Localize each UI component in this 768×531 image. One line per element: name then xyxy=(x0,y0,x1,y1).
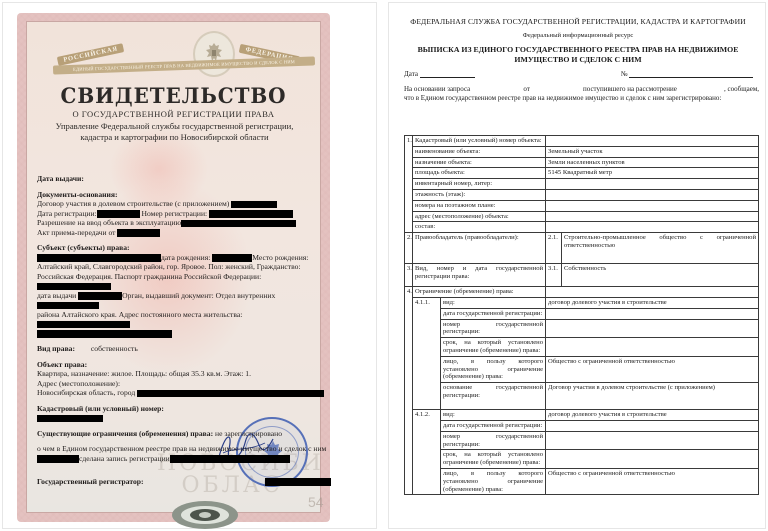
intro-paragraph: На основании запроса от поступившего на … xyxy=(404,85,759,102)
coat-of-arms-icon xyxy=(193,31,235,77)
row-label: лицо, в пользу которого установлено огра… xyxy=(441,356,546,382)
table-row: срок, на который установлено ограничение… xyxy=(405,450,759,469)
intro-text: , сообщаем, xyxy=(724,85,759,94)
certificate-body: Дата выдачи: Документы-основания: Догово… xyxy=(37,174,327,487)
redaction xyxy=(37,330,172,338)
right-type-value: собственность xyxy=(91,344,138,353)
subject-label: Субъект (субъекты) права: xyxy=(37,243,327,253)
rosette-ornament-icon xyxy=(170,499,240,531)
date-field: Дата xyxy=(404,70,475,78)
right-type-row: Вид права: собственность xyxy=(37,344,327,354)
subject-section: Субъект (субъекты) права: дата рождения:… xyxy=(37,243,327,338)
row-value xyxy=(546,319,759,338)
table-row: назначение объекта:Земли населенных пунк… xyxy=(405,157,759,168)
right-type-label: Вид права: xyxy=(37,344,75,353)
redaction xyxy=(117,229,160,237)
row-label: Кадастровый (или условный) номер объекта… xyxy=(413,136,546,147)
row-label: номера на поэтажном плане: xyxy=(413,200,546,211)
table-row: этажность (этаж): xyxy=(405,189,759,200)
table-row: состав: xyxy=(405,222,759,233)
date-label: Дата xyxy=(404,70,418,78)
row-label: дата государственной регистрации: xyxy=(441,308,546,319)
table-row: 4.Ограничение (обременение) права: xyxy=(405,287,759,298)
registrar-label: Государственный регистратор: xyxy=(37,477,144,486)
certificate-title: СВИДЕТЕЛЬСТВО xyxy=(25,83,322,108)
restrictions-label: Существующие ограничения (обременения) п… xyxy=(37,429,213,438)
resource-heading: Федеральный информационный ресурс xyxy=(389,32,767,39)
section-number: 3. xyxy=(405,264,413,287)
redaction xyxy=(37,302,99,310)
table-row: лицо, в пользу которого установлено огра… xyxy=(405,356,759,382)
contract-text: Договор участия в долевом строительстве … xyxy=(37,199,229,208)
row-value: Общество с ограниченной ответственностью xyxy=(546,356,759,382)
redaction xyxy=(97,210,140,218)
record-line: о чем в Едином государственном реестре п… xyxy=(37,444,327,454)
row-label: вид: xyxy=(441,297,546,308)
redaction xyxy=(265,478,331,486)
issue-date-label: Дата выдачи: xyxy=(37,174,327,184)
redaction xyxy=(37,321,130,329)
row-value: договор долевого участия в строительстве xyxy=(546,297,759,308)
birth-date-label: дата рождения: xyxy=(161,253,210,262)
authority-line: Управление Федеральной службы государств… xyxy=(47,121,302,132)
section-number: 1. xyxy=(405,136,413,233)
intro-text: от xyxy=(523,85,529,94)
redaction xyxy=(37,283,111,291)
redaction xyxy=(231,201,277,209)
redaction xyxy=(37,455,79,463)
cadastral-label: Кадастровый (или условный) номер: xyxy=(37,404,327,414)
row-value xyxy=(546,420,759,431)
object-line: Новосибирская область, город xyxy=(37,388,135,397)
row-value: Земельный участок xyxy=(546,146,759,157)
row-label: срок, на который установлено ограничение… xyxy=(441,338,546,357)
table-row: 4.1.1.вид:договор долевого участия в стр… xyxy=(405,297,759,308)
reg-number-label: Номер регистрации: xyxy=(142,209,208,218)
row-label: наименование объекта: xyxy=(413,146,546,157)
title-line: ИМУЩЕСТВО И СДЕЛОК С НИМ xyxy=(389,55,767,65)
row-value xyxy=(546,211,759,222)
row-value xyxy=(546,179,759,190)
redaction xyxy=(37,415,103,423)
table-row: адрес (местоположение) объекта: xyxy=(405,211,759,222)
documents-section: Документы-основания: Договор участия в д… xyxy=(37,190,327,238)
redaction xyxy=(212,254,252,262)
row-value: договор долевого участия в строительстве xyxy=(546,410,759,421)
row-label: Ограничение (обременение) права: xyxy=(413,287,546,298)
redaction xyxy=(209,210,293,218)
certificate-page: РОССИЙСКАЯ ФЕДЕРАЦИЯ ЕДИНЫЙ ГОСУДАРСТВЕН… xyxy=(2,2,377,529)
row-value: 5145 Квадратный метр xyxy=(546,168,759,179)
object-line: Адрес (местоположение): xyxy=(37,379,327,389)
subject-line: Российская Федерация. Паспорт гражданина… xyxy=(37,272,261,281)
authority-line: кадастра и картографии по Новосибирской … xyxy=(47,132,302,143)
intro-text: что в Едином государственном реестре пра… xyxy=(404,94,759,103)
object-label: Объект права: xyxy=(37,360,327,370)
intro-text: На основании запроса xyxy=(404,85,470,94)
section-number: 2. xyxy=(405,233,413,264)
date-blank xyxy=(420,70,475,78)
row-label: вид: xyxy=(441,410,546,421)
row-value xyxy=(546,431,759,450)
row-label: номер государственной регистрации: xyxy=(441,431,546,450)
table-row: дата государственной регистрации: xyxy=(405,308,759,319)
subject-line: Алтайский край, Славгородский район, гор… xyxy=(37,262,327,272)
row-label: инвентарный номер, литер: xyxy=(413,179,546,190)
registrar-row: Государственный регистратор: xyxy=(37,477,327,487)
row-label: площадь объекта: xyxy=(413,168,546,179)
table-row: 3.Вид, номер и дата государственной реги… xyxy=(405,264,759,287)
row-value xyxy=(546,136,759,147)
row-value xyxy=(546,450,759,469)
row-value xyxy=(546,222,759,233)
row-label: Вид, номер и дата государственной регист… xyxy=(413,264,546,287)
sub-number: 4.1.1. xyxy=(413,297,441,409)
row-label: основание государственной регистрации: xyxy=(441,383,546,410)
row-value: Строительно-промышленное общество с огра… xyxy=(562,233,759,264)
row-label: срок, на который установлено ограничение… xyxy=(441,450,546,469)
object-section: Объект права: Квартира, назначение: жило… xyxy=(37,360,327,398)
table-row: 1.Кадастровый (или условный) номер объек… xyxy=(405,136,759,147)
record-line: сделана запись регистрации xyxy=(79,454,170,463)
table-row: основание государственной регистрации:До… xyxy=(405,383,759,410)
table-row: 2.Правообладатель (правообладатели):2.1.… xyxy=(405,233,759,264)
reg-date-label: Дата регистрации: xyxy=(37,209,97,218)
record-section: о чем в Едином государственном реестре п… xyxy=(37,444,327,463)
certificate-subtitle: О ГОСУДАРСТВЕННОЙ РЕГИСТРАЦИИ ПРАВА xyxy=(17,109,330,119)
row-value xyxy=(546,308,759,319)
row-label: адрес (местоположение) объекта: xyxy=(413,211,546,222)
table-row: инвентарный номер, литер: xyxy=(405,179,759,190)
section-number: 4. xyxy=(405,287,413,495)
table-row: срок, на который установлено ограничение… xyxy=(405,338,759,357)
row-value xyxy=(546,189,759,200)
issuer-label: Орган, выдавший документ: Отдел внутренн… xyxy=(122,291,275,300)
act-text: Акт приема-передачи от xyxy=(37,228,115,237)
row-value xyxy=(546,338,759,357)
documents-label: Документы-основания: xyxy=(37,190,327,200)
row-value xyxy=(546,200,759,211)
cadastral-section: Кадастровый (или условный) номер: xyxy=(37,404,327,423)
row-label: состав: xyxy=(413,222,546,233)
redaction xyxy=(37,254,161,262)
permit-text: Разрешение на ввод объекта в эксплуатаци… xyxy=(37,218,181,227)
table-row: наименование объекта:Земельный участок xyxy=(405,146,759,157)
number-field: № xyxy=(621,70,753,78)
row-label: дата государственной регистрации: xyxy=(441,420,546,431)
sub-number: 4.1.2. xyxy=(413,410,441,495)
redaction xyxy=(181,220,296,228)
issued-label: дата выдачи xyxy=(37,291,76,300)
sub-number: 2.1. xyxy=(546,233,562,264)
extract-page: ФЕДЕРАЛЬНАЯ СЛУЖБА ГОСУДАРСТВЕННОЙ РЕГИС… xyxy=(388,2,766,529)
row-label: этажность (этаж): xyxy=(413,189,546,200)
row-value: Собственность xyxy=(562,264,759,287)
row-value: Договор участия в долевом строительстве … xyxy=(546,383,759,410)
region-number: 54 xyxy=(308,494,324,510)
birth-place-label: Место рождения: xyxy=(252,253,308,262)
row-label: лицо, в пользу которого установлено огра… xyxy=(441,468,546,494)
intro-text: поступившего на рассмотрение xyxy=(583,85,677,94)
restrictions-row: Существующие ограничения (обременения) п… xyxy=(37,429,327,439)
row-value: Земли населенных пунктов xyxy=(546,157,759,168)
row-label: Правообладатель (правообладатели): xyxy=(413,233,546,264)
issuing-authority: Управление Федеральной службы государств… xyxy=(47,121,302,142)
number-label: № xyxy=(621,70,628,78)
row-value xyxy=(546,287,759,298)
subject-line: района Алтайского края. Адрес постоянног… xyxy=(37,310,242,319)
sub-number: 3.1. xyxy=(546,264,562,287)
table-row: 4.1.2.вид:договор долевого участия в стр… xyxy=(405,410,759,421)
table-row: номера на поэтажном плане: xyxy=(405,200,759,211)
redaction xyxy=(137,390,324,398)
agency-heading: ФЕДЕРАЛЬНАЯ СЛУЖБА ГОСУДАРСТВЕННОЙ РЕГИС… xyxy=(389,17,767,26)
registry-table: 1.Кадастровый (или условный) номер объек… xyxy=(404,135,759,495)
table-row: номер государственной регистрации: xyxy=(405,431,759,450)
object-line: Квартира, назначение: жилое. Площадь: об… xyxy=(37,369,327,379)
table-row: номер государственной регистрации: xyxy=(405,319,759,338)
row-value: Общество с ограниченной ответственностью xyxy=(546,468,759,494)
table-row: дата государственной регистрации: xyxy=(405,420,759,431)
table-row: площадь объекта:5145 Квадратный метр xyxy=(405,168,759,179)
restrictions-value: не зарегистрировано xyxy=(215,429,282,438)
row-label: номер государственной регистрации: xyxy=(441,319,546,338)
number-blank xyxy=(629,70,753,78)
redaction xyxy=(78,292,122,300)
redaction xyxy=(170,455,290,463)
extract-title: ВЫПИСКА ИЗ ЕДИНОГО ГОСУДАРСТВЕННОГО РЕЕС… xyxy=(389,45,767,64)
row-label: назначение объекта: xyxy=(413,157,546,168)
title-line: ВЫПИСКА ИЗ ЕДИНОГО ГОСУДАРСТВЕННОГО РЕЕС… xyxy=(389,45,767,55)
table-row: лицо, в пользу которого установлено огра… xyxy=(405,468,759,494)
